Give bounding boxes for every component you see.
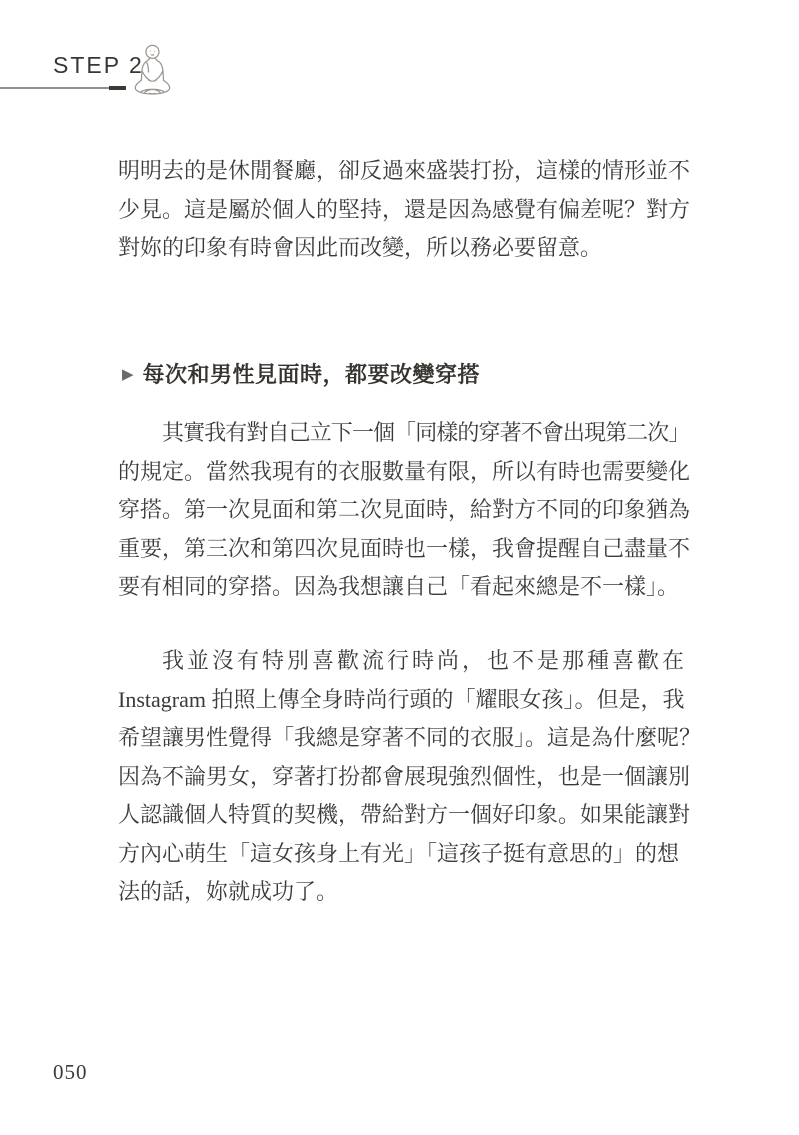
paragraph-line: 重要，第三次和第四次見面時也一樣，我會提醒自己盡量不 (118, 530, 694, 569)
paragraph-2: 其實我有對自己立下一個「同樣的穿著不會出現第二次」 的規定。當然我現有的衣服數量… (118, 414, 694, 607)
book-page: STEP 2 明明去的是休閒餐廳，卻反過來盛裝打扮，這樣的情形並不 少見。這是屬… (0, 0, 799, 1135)
paragraph-line: 明明去的是休閒餐廳，卻反過來盛裝打扮，這樣的情形並不 (118, 152, 694, 191)
paragraph-line: 少見。這是屬於個人的堅持，還是因為感覺有偏差呢？對方 (118, 191, 694, 230)
page-number: 050 (53, 1060, 88, 1085)
paragraph-line: 穿搭。第一次見面和第二次見面時，給對方不同的印象猶為 (118, 491, 694, 530)
paragraph-line: 其實我有對自己立下一個「同樣的穿著不會出現第二次」 (118, 414, 694, 453)
section-heading: ▶ 每次和男性見面時，都要改變穿搭 (122, 358, 480, 389)
paragraph-line: 方內心萌生「這女孩身上有光」「這孩子挺有意思的」的想 (118, 835, 694, 874)
paragraph-line: 因為不論男女，穿著打扮都會展現強烈個性，也是一個讓別 (118, 758, 694, 797)
header-rule (0, 87, 111, 89)
triangle-bullet-icon: ▶ (122, 365, 134, 382)
header-rule-accent (109, 86, 126, 90)
paragraph-line: 對妳的印象有時會因此而改變，所以務必要留意。 (118, 229, 694, 268)
paragraph-line: 人認識個人特質的契機，帶給對方一個好印象。如果能讓對 (118, 796, 694, 835)
paragraph-3: 我並沒有特別喜歡流行時尚，也不是那種喜歡在 Instagram 拍照上傳全身時尚… (118, 642, 694, 912)
meditating-person-icon (129, 44, 177, 100)
paragraph-line: 希望讓男性覺得「我總是穿著不同的衣服」。這是為什麼呢？ (118, 719, 694, 758)
paragraph-line: 法的話，妳就成功了。 (118, 873, 694, 912)
paragraph-1: 明明去的是休閒餐廳，卻反過來盛裝打扮，這樣的情形並不 少見。這是屬於個人的堅持，… (118, 152, 694, 268)
paragraph-line: 要有相同的穿搭。因為我想讓自己「看起來總是不一樣」。 (118, 568, 694, 607)
paragraph-line: 的規定。當然我現有的衣服數量有限，所以有時也需要變化 (118, 453, 694, 492)
section-title: 每次和男性見面時，都要改變穿搭 (143, 358, 481, 389)
paragraph-line: Instagram 拍照上傳全身時尚行頭的「耀眼女孩」。但是，我 (118, 681, 694, 720)
paragraph-line: 我並沒有特別喜歡流行時尚，也不是那種喜歡在 (118, 642, 694, 681)
